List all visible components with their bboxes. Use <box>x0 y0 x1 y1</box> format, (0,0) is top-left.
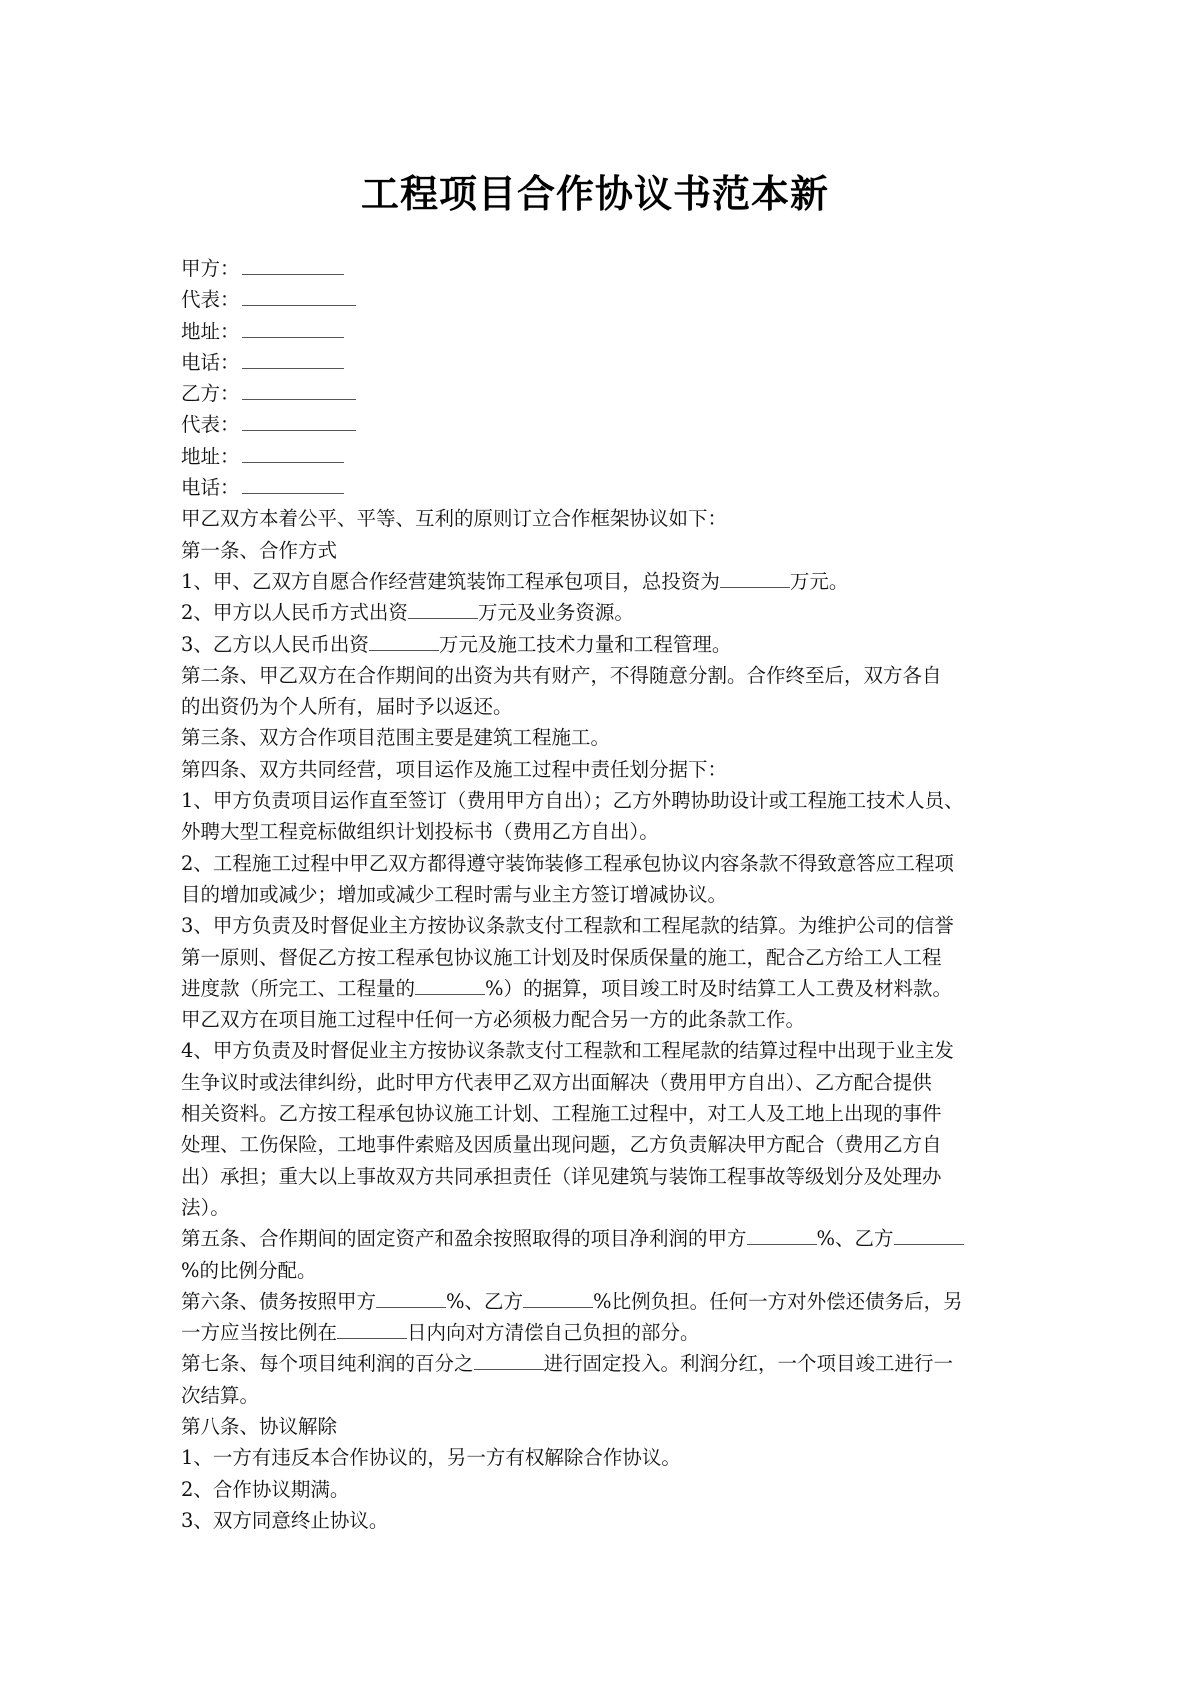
party-field-jia: 甲方： <box>181 253 1023 284</box>
article-3: 第三条、双方合作项目范围主要是建筑工程施工。 <box>181 722 1023 753</box>
article-4-item-1-line-2: 外聘大型工程竞标做组织计划投标书（费用乙方自出）。 <box>181 816 1023 847</box>
text: %比例负担。任何一方对外偿还债务后，另 <box>593 1290 963 1313</box>
article-1-item-2: 2、甲方以人民币方式出资万元及业务资源。 <box>181 597 1023 628</box>
party-field-yi-address: 地址： <box>181 441 1023 472</box>
article-2-line-2: 的出资仍为个人所有，届时予以返还。 <box>181 691 1023 722</box>
preamble: 甲乙双方本着公平、平等、互利的原则订立合作框架协议如下： <box>181 503 1023 534</box>
article-1-heading: 第一条、合作方式 <box>181 535 1023 566</box>
fill-blank <box>242 285 356 306</box>
article-4-item-3-line-1: 3、甲方负责及时督促业主方按协议条款支付工程款和工程尾款的结算。为维护公司的信誉 <box>181 910 1023 941</box>
article-4-heading: 第四条、双方共同经营，项目运作及施工过程中责任划分据下： <box>181 754 1023 785</box>
text: %、乙方 <box>446 1290 523 1313</box>
article-5-line-2: %的比例分配。 <box>181 1255 1023 1286</box>
article-4-item-3-line-2: 第一原则、督促乙方按工程承包协议施工计划及时保质保量的施工，配合乙方给工人工程 <box>181 942 1023 973</box>
fill-blank <box>242 317 344 338</box>
text: 万元及业务资源。 <box>478 601 634 624</box>
fill-blank <box>242 379 356 400</box>
party-field-jia-representative: 代表： <box>181 284 1023 315</box>
fill-blank <box>242 410 356 431</box>
text: 2、甲方以人民币方式出资 <box>181 601 408 624</box>
article-8-item-3: 3、双方同意终止协议。 <box>181 1505 1023 1536</box>
article-8-heading: 第八条、协议解除 <box>181 1411 1023 1442</box>
fill-blank <box>747 1226 817 1245</box>
party-field-jia-phone: 电话： <box>181 347 1023 378</box>
article-4-item-4-line-2: 生争议时或法律纠纷，此时甲方代表甲乙双方出面解决（费用甲方自出）、乙方配合提供 <box>181 1067 1023 1098</box>
text: 日内向对方清偿自己负担的部分。 <box>407 1321 700 1344</box>
fill-blank <box>474 1351 544 1370</box>
field-label: 代表： <box>181 284 240 315</box>
article-4-item-2-line-1: 2、工程施工过程中甲乙双方都得遵守装饰装修工程承包协议内容条款不得致意答应工程项 <box>181 848 1023 879</box>
fill-blank <box>376 1289 446 1308</box>
field-label: 乙方： <box>181 378 240 409</box>
article-2-line-1: 第二条、甲乙双方在合作期间的出资为共有财产，不得随意分割。合作终至后，双方各自 <box>181 660 1023 691</box>
text: 1、甲、乙双方自愿合作经营建筑装饰工程承包项目，总投资为 <box>181 570 720 593</box>
party-field-yi: 乙方： <box>181 378 1023 409</box>
field-label: 地址： <box>181 441 240 472</box>
text: 万元。 <box>790 570 849 593</box>
article-7-line-1: 第七条、每个项目纯利润的百分之进行固定投入。利润分红，一个项目竣工进行一 <box>181 1348 1023 1379</box>
text: 第六条、债务按照甲方 <box>181 1290 376 1313</box>
article-4-item-3-line-3: 进度款（所完工、工程量的%）的据算，项目竣工时及时结算工人工费及材料款。 <box>181 973 1023 1004</box>
article-1-item-1: 1、甲、乙双方自愿合作经营建筑装饰工程承包项目，总投资为万元。 <box>181 566 1023 597</box>
article-5-line-1: 第五条、合作期间的固定资产和盈余按照取得的项目净利润的甲方%、乙方 <box>181 1223 1023 1254</box>
party-field-jia-address: 地址： <box>181 316 1023 347</box>
fill-blank <box>242 473 344 494</box>
article-4-item-4-line-3: 相关资料。乙方按工程承包协议施工计划、工程施工过程中，对工人及工地上出现的事件 <box>181 1098 1023 1129</box>
text: %、乙方 <box>817 1227 894 1250</box>
article-8-item-2: 2、合作协议期满。 <box>181 1474 1023 1505</box>
article-6-line-1: 第六条、债务按照甲方%、乙方%比例负担。任何一方对外偿还债务后，另 <box>181 1286 1023 1317</box>
article-4-item-4-line-5: 出）承担；重大以上事故双方共同承担责任（详见建筑与装饰工程事故等级划分及处理办 <box>181 1161 1023 1192</box>
field-label: 电话： <box>181 347 240 378</box>
article-7-line-2: 次结算。 <box>181 1380 1023 1411</box>
fill-blank <box>720 569 790 588</box>
fill-blank <box>523 1289 593 1308</box>
fill-blank <box>242 254 344 275</box>
article-8-item-1: 1、一方有违反本合作协议的，另一方有权解除合作协议。 <box>181 1442 1023 1473</box>
article-4-item-3-line-4: 甲乙双方在项目施工过程中任何一方必须极力配合另一方的此条款工作。 <box>181 1004 1023 1035</box>
article-1-item-3: 3、乙方以人民币出资万元及施工技术力量和工程管理。 <box>181 629 1023 660</box>
text: 万元及施工技术力量和工程管理。 <box>439 633 732 656</box>
party-field-yi-phone: 电话： <box>181 472 1023 503</box>
fill-blank <box>408 600 478 619</box>
article-4-item-4-line-1: 4、甲方负责及时督促业主方按协议条款支付工程款和工程尾款的结算过程中出现于业主发 <box>181 1035 1023 1066</box>
fill-blank <box>369 632 439 651</box>
fill-blank <box>415 976 485 995</box>
text: %）的据算，项目竣工时及时结算工人工费及材料款。 <box>485 977 952 1000</box>
text: 进度款（所完工、工程量的 <box>181 977 415 1000</box>
fill-blank <box>242 348 344 369</box>
document-body: 甲方： 代表： 地址： 电话： 乙方： 代表： 地址： 电话： 甲乙双方本着公平… <box>181 253 1023 1536</box>
article-4-item-1-line-1: 1、甲方负责项目运作直至签订（费用甲方自出）；乙方外聘协助设计或工程施工技术人员… <box>181 785 1023 816</box>
article-4-item-4-line-4: 处理、工伤保险，工地事件索赔及因质量出现问题，乙方负责解决甲方配合（费用乙方自 <box>181 1129 1023 1160</box>
article-6-line-2: 一方应当按比例在日内向对方清偿自己负担的部分。 <box>181 1317 1023 1348</box>
text: 第七条、每个项目纯利润的百分之 <box>181 1352 474 1375</box>
party-field-yi-representative: 代表： <box>181 409 1023 440</box>
field-label: 甲方： <box>181 253 240 284</box>
fill-blank <box>337 1320 407 1339</box>
text: 进行固定投入。利润分红，一个项目竣工进行一 <box>544 1352 954 1375</box>
text: 一方应当按比例在 <box>181 1321 337 1344</box>
document-title: 工程项目合作协议书范本新 <box>0 168 1190 220</box>
fill-blank <box>894 1226 964 1245</box>
field-label: 地址： <box>181 316 240 347</box>
fill-blank <box>242 442 344 463</box>
field-label: 电话： <box>181 472 240 503</box>
text: 3、乙方以人民币出资 <box>181 633 369 656</box>
article-4-item-4-line-6: 法）。 <box>181 1192 1023 1223</box>
field-label: 代表： <box>181 409 240 440</box>
article-4-item-2-line-2: 目的增加或减少；增加或减少工程时需与业主方签订增减协议。 <box>181 879 1023 910</box>
document-page: 工程项目合作协议书范本新 甲方： 代表： 地址： 电话： 乙方： 代表： 地址：… <box>0 0 1190 1683</box>
text: 第五条、合作期间的固定资产和盈余按照取得的项目净利润的甲方 <box>181 1227 747 1250</box>
